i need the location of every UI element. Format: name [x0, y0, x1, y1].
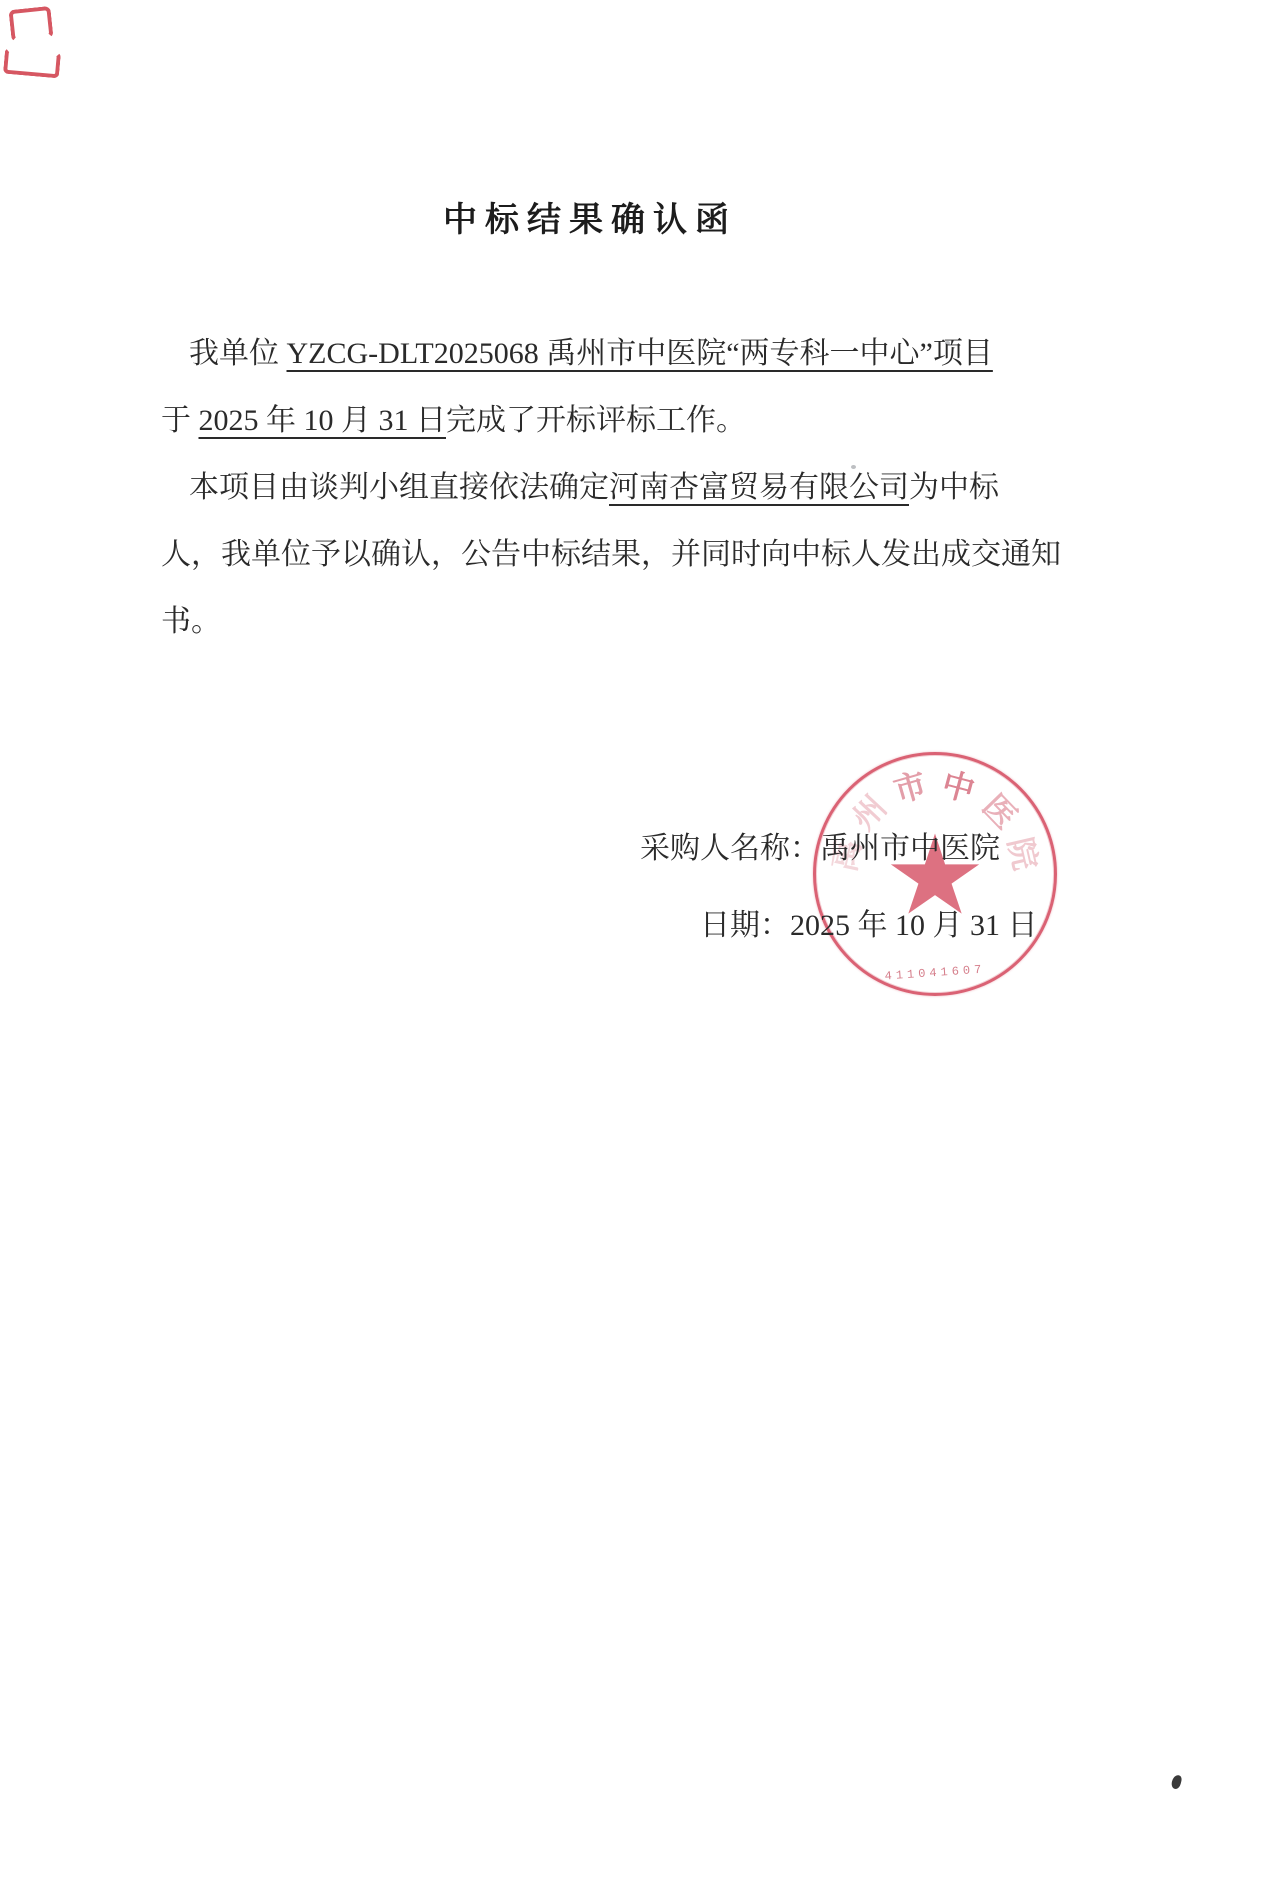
body-line: 我单位 YZCG-DLT2025068 禹州市中医院“两专科一中心”项目 [161, 320, 1041, 387]
document-title: 中标结果确认函 [160, 192, 1020, 241]
paragraph1-line2-rest: 完成了开标评标工作。 [446, 404, 746, 437]
page-corner-speck [1170, 1774, 1182, 1790]
purchaser-line: 采购人名称：禹州市中医院 [640, 823, 1000, 867]
paragraph2-lead: 本项目由谈判小组直接依法确定 [189, 471, 609, 504]
purchaser-name: 禹州市中医院 [820, 832, 1000, 865]
body-line: 本项目由谈判小组直接依法确定河南杏富贸易有限公司为中标 [161, 454, 1041, 521]
body-line: 书。 [161, 588, 1041, 655]
bid-date-underlined: 2025 年 10 月 31 日 [199, 404, 447, 437]
red-pen-mark [8, 6, 53, 42]
paragraph2-line2: 人，我单位予以确认，公告中标结果，并同时向中标人发出成交通知 [161, 538, 1061, 571]
scanned-document-page: 中标结果确认函 我单位 YZCG-DLT2025068 禹州市中医院“两专科一中… [0, 0, 1279, 1896]
paragraph2-line1-rest: 为中标 [909, 471, 999, 504]
date-line: 日期：2025 年 10 月 31 日 [700, 900, 1038, 944]
date-value: 2025 年 10 月 31 日 [790, 909, 1038, 942]
winner-company-underlined: 河南杏富贸易有限公司 [609, 471, 909, 504]
paragraph2-line3: 书。 [161, 605, 221, 638]
paragraph1-lead: 我单位 [189, 337, 287, 370]
project-number-underlined: YZCG-DLT2025068 禹州市中医院“两专科一中心”项目 [287, 337, 993, 370]
official-seal-stamp: 禹州市中医院 411041607 [813, 752, 1057, 996]
red-pen-mark [3, 48, 61, 79]
document-body: 我单位 YZCG-DLT2025068 禹州市中医院“两专科一中心”项目 于 2… [161, 320, 1041, 655]
purchaser-label: 采购人名称： [640, 832, 820, 865]
body-line: 人，我单位予以确认，公告中标结果，并同时向中标人发出成交通知 [161, 521, 1041, 588]
date-label: 日期： [700, 909, 790, 942]
body-line: 于 2025 年 10 月 31 日完成了开标评标工作。 [161, 387, 1041, 454]
paragraph1-line2-lead: 于 [161, 404, 199, 437]
